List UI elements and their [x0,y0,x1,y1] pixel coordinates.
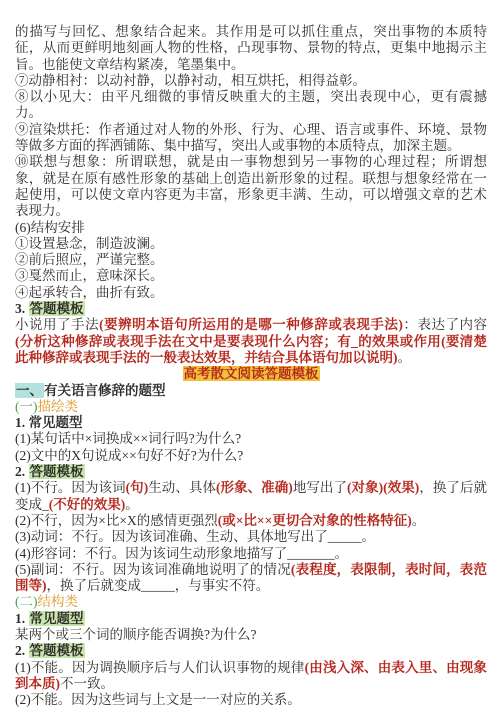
paragraph: 某两个或三个词的顺序能否调换?为什么? [15,627,487,643]
sub-heading: (二)结构类 [15,594,487,610]
text-run: 。 [398,350,412,365]
text-run: (2)文中的X句说成××句好不好?为什么? [15,448,243,463]
text-run: (形象、准确) [216,480,293,495]
paragraph: (6)结构安排 [15,220,487,236]
text-run: 2. [15,643,29,658]
text-run: (3)动词：不行。因为该词准确、生动、具体地写出了_____。 [15,529,375,544]
text-run: 答题模板 [29,301,85,316]
text-run: 高考散文阅读答题模板 [183,366,320,381]
heading-answer-template: 2. 答题模板 [15,464,487,480]
text-run: (要辨明本语句所运用的是哪一种修辞或表现手法) [99,317,403,332]
text-run: 1. 常见题型 [15,415,83,430]
text-run: (6)结构安排 [15,220,85,235]
paragraph: (2)文中的X句说成××句好不好?为什么? [15,448,487,464]
list-item: ⑦动静相衬：以动衬静，以静衬动，相互烘托，相得益彰。 [15,73,487,89]
text-run: (1)不能。因为调换顺序后与人们认识事物的规律 [15,660,305,675]
text-run: 小说用了手法 [15,317,99,332]
paragraph: (2)不能。因为这些词与上文是一一对应的关系。 [15,692,487,707]
text-run: ：表达了内容 [403,317,487,332]
paragraph: 小说用了手法(要辨明本语句所运用的是哪一种修辞或表现手法)：表达了内容(分析这种… [15,317,487,366]
list-item: ⑧以小见大：由平凡细微的事情反映重大的主题，突出表现中心，更有震撼力。 [15,89,487,122]
text-run: (5)副词：不行。因为该词准确地说明了的情况 [15,562,291,577]
text-run: ⑦动静相衬：以动衬静，以静衬动，相互烘托，相得益彰。 [15,73,366,88]
text-run: 一、 [15,383,44,398]
text-run: (2)不能。因为这些词与上文是一一对应的关系。 [15,692,301,707]
heading-answer-template: 3. 答题模板 [15,301,487,317]
text-run: 某两个或三个词的顺序能否调换?为什么? [15,627,256,642]
text-run: ①设置悬念，制造波澜。 [15,236,164,251]
text-run: ⑩联想与想象：所谓联想，就是由一事物想到另一事物的心理过程；所谓想象，就是在原有… [15,154,487,218]
text-run: 描绘类 [38,399,79,414]
sub-heading: (一)描绘类 [15,399,487,415]
paragraph: (1)不行。因为该词(句)生动、具体(形象、准确)地写出了(对象)(效果)，换了… [15,480,487,513]
text-run: ⑧以小见大：由平凡细微的事情反映重大的主题，突出表现中心，更有震撼力。 [15,89,487,120]
heading-common-questions: 1. 常见题型 [15,415,487,431]
text-run: ，换了后就变成_____，与事实不符。 [47,578,270,593]
text-run: 2. [15,464,29,479]
paragraph: (1)不能。因为调换顺序后与人们认识事物的规律(由浅入深、由表入里、由现象到本质… [15,660,487,693]
paragraph: (3)动词：不行。因为该词准确、生动、具体地写出了_____。 [15,529,487,545]
text-run: 地写出了 [293,480,347,495]
section-heading: 一、有关语言修辞的题型 [15,383,487,399]
list-item: ③戛然而止，意味深长。 [15,268,487,284]
text-run: (不好的效果) [49,497,126,512]
text-run: (句) [126,480,149,495]
text-run: (2)不行，因为×比×X的感情更强烈 [15,513,218,528]
document: 的描写与回忆、想象结合起来。其作用是可以抓住重点，突出事物的本质特征，从而更鲜明… [0,0,500,707]
text-run: (对象)(效果) [347,480,419,495]
text-run: 结构类 [38,594,79,609]
paragraph: (5)副词：不行。因为该词准确地说明了的情况(表程度，表限制，表时间，表范围等)… [15,562,487,595]
doc-title: 高考散文阅读答题模板 [15,366,487,382]
text-run: ④起承转合，曲折有致。 [15,285,164,300]
text-run: 3. [15,301,29,316]
text-run: (二) [15,594,38,609]
text-run: 答题模板 [29,643,85,658]
list-item: ⑨渲染烘托：作者通过对人物的外形、行为、心理、语言或事件、环境、景物等做多方面的… [15,122,487,155]
list-item: ②前后照应，严谨完整。 [15,252,487,268]
heading-common-questions: 1. 常见题型 [15,611,487,627]
text-run: 有关语言修辞的题型 [44,383,166,398]
text-run: 不一致。 [60,676,114,691]
heading-answer-template: 2. 答题模板 [15,643,487,659]
text-run: 。 [125,497,139,512]
text-run: (4)形容词：不行。因为该词生动形象地描写了_______。 [15,546,348,561]
text-run: 。 [412,513,426,528]
text-run: (一) [15,399,38,414]
paragraph: 的描写与回忆、想象结合起来。其作用是可以抓住重点，突出事物的本质特征，从而更鲜明… [15,24,487,73]
list-item: ①设置悬念，制造波澜。 [15,236,487,252]
text-run: 常见题型 [29,611,85,626]
paragraph: (2)不行，因为×比×X的感情更强烈(或×比××更切合对象的性格特征)。 [15,513,487,529]
paragraph: (1)某句话中×词换成××词行吗?为什么? [15,431,487,447]
text-run: ②前后照应，严谨完整。 [15,252,164,267]
text-run: (1)某句话中×词换成××词行吗?为什么? [15,431,241,446]
text-run: 生动、具体 [148,480,216,495]
text-run: (分析这种修辞或表现手法在文中是要表现什么内容；有_的效果或作用(要清楚此种修辞… [15,334,487,365]
paragraph: (4)形容词：不行。因为该词生动形象地描写了_______。 [15,546,487,562]
text-run: 的描写与回忆、想象结合起来。其作用是可以抓住重点，突出事物的本质特征，从而更鲜明… [15,24,487,72]
list-item: ⑩联想与想象：所谓联想，就是由一事物想到另一事物的心理过程；所谓想象，就是在原有… [15,154,487,219]
text-run: (或×比××更切合对象的性格特征) [218,513,412,528]
text-run: ③戛然而止，意味深长。 [15,268,164,283]
text-run: 1. [15,611,29,626]
text-run: 答题模板 [29,464,85,479]
text-run: (1)不行。因为该词 [15,480,126,495]
text-run: ⑨渲染烘托：作者通过对人物的外形、行为、心理、语言或事件、环境、景物等做多方面的… [15,122,487,153]
list-item: ④起承转合，曲折有致。 [15,285,487,301]
